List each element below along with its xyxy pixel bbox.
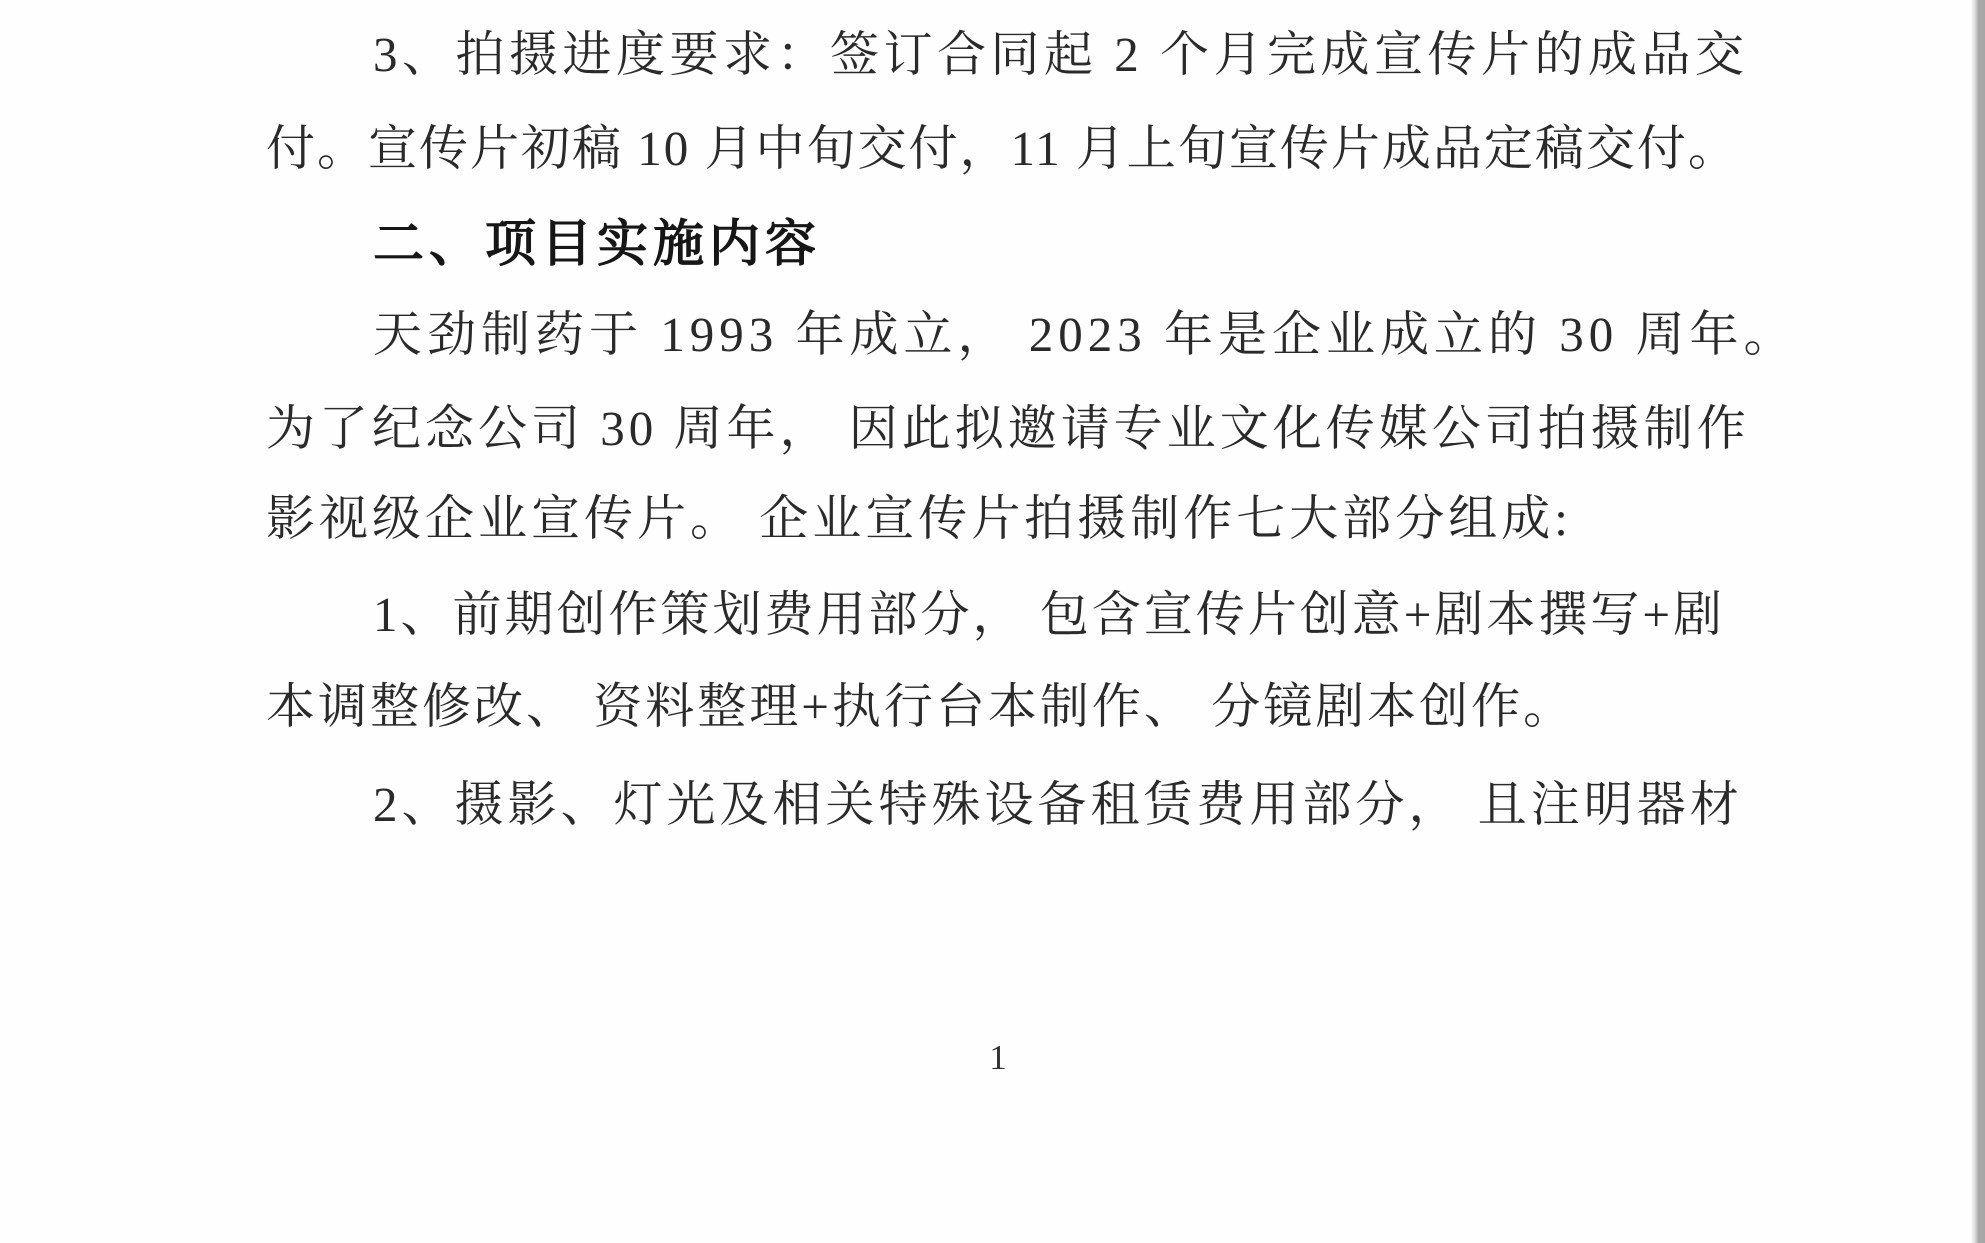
intro-paragraph-line-2: 为了纪念公司 30 周年， 因此拟邀请专业文化传媒公司拍摄制作 bbox=[266, 402, 1750, 456]
paragraph-3-line-2: 付。宣传片初稿 10 月中旬交付，11 月上旬宣传片成品定稿交付。 bbox=[266, 122, 1739, 176]
page-number: 1 bbox=[948, 1038, 1048, 1078]
item-1-line-1: 1、前期创作策划费用部分， 包含宣传片创意+剧本撰写+剧 bbox=[373, 588, 1725, 642]
item-2-line-1: 2、摄影、灯光及相关特殊设备租赁费用部分， 且注明器材 bbox=[373, 778, 1743, 832]
intro-paragraph-line-1: 天劲制药于 1993 年成立， 2023 年是企业成立的 30 周年。 bbox=[373, 308, 1798, 362]
section-heading: 二、项目实施内容 bbox=[373, 216, 821, 272]
document-page: 3、拍摄进度要求：签订合同起 2 个月完成宣传片的成品交 付。宣传片初稿 10 … bbox=[0, 0, 1985, 1243]
item-1-line-2: 本调整修改、 资料整理+执行台本制作、 分镜剧本创作。 bbox=[266, 680, 1575, 734]
scan-edge-shadow bbox=[1971, 0, 1985, 1243]
paragraph-3-line-1: 3、拍摄进度要求：签订合同起 2 个月完成宣传片的成品交 bbox=[373, 28, 1749, 82]
intro-paragraph-line-3: 影视级企业宣传片。 企业宣传片拍摄制作七大部分组成: bbox=[266, 492, 1572, 546]
